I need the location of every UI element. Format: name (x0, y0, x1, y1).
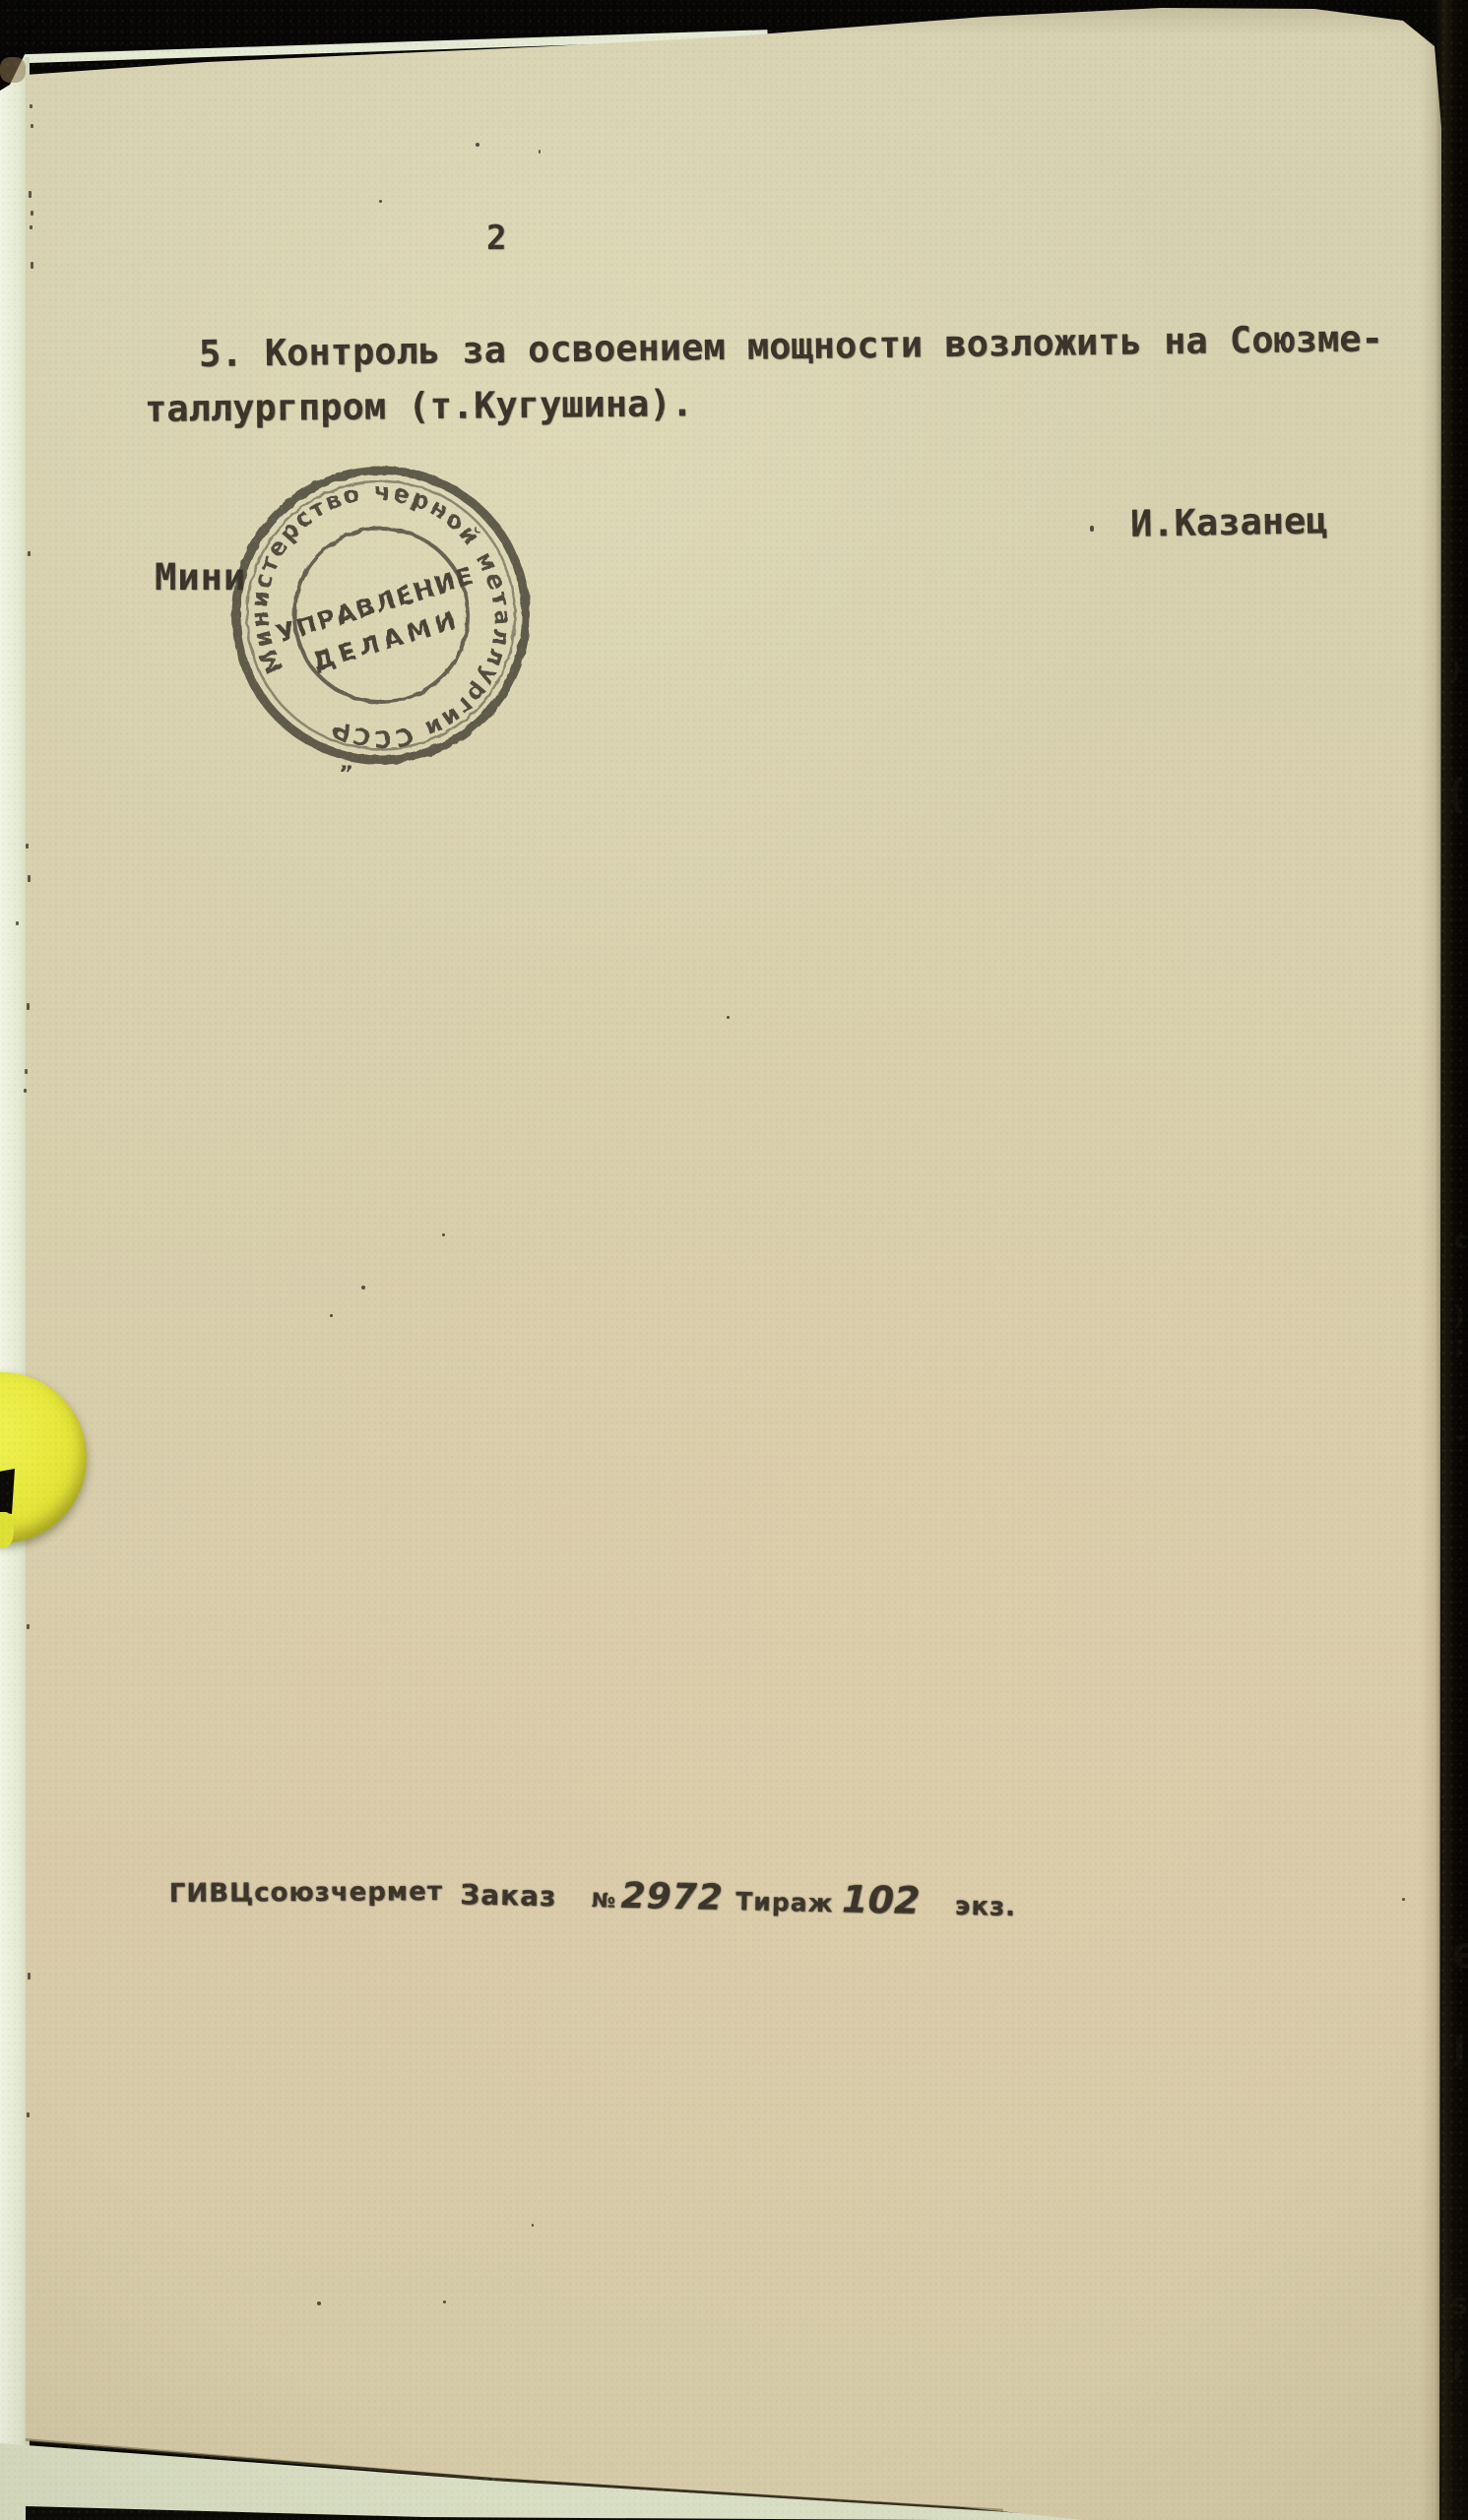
photo-vignette (0, 0, 1468, 2520)
photographed-document: 2 5. Контроль за освоением мощности возл… (0, 0, 1468, 2520)
